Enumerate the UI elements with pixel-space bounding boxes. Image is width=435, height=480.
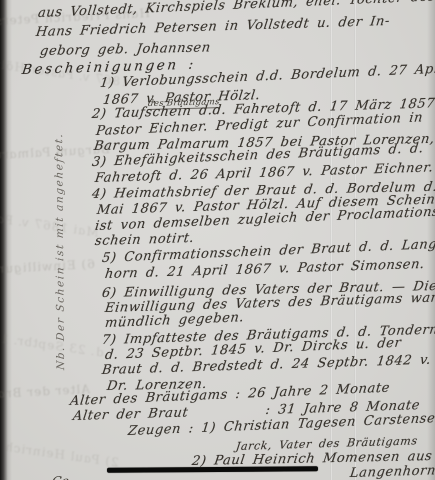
bleedthrough-text: 6) Einwilligung des Vaters der Braut. — …: [0, 257, 96, 287]
manuscript-page: Hans Friedrich Petersen in Vollstedt u. …: [0, 0, 435, 480]
margin-note: Nb. Der Schein ist mit angeheftet.: [53, 105, 67, 370]
handwritten-line: schein notirt.: [94, 231, 195, 249]
witness-two-continued: Langenhorn.: [349, 463, 435, 480]
bleedthrough-text: Mai 1867 v. Pastor Hölzl. Auf diesem Sch…: [0, 184, 100, 239]
redaction-bar: [107, 466, 318, 472]
clipped-bottom-line: Ge: [51, 474, 70, 480]
bleedthrough-text: d. 23 Septbr. 1845 v. Dr. Dircks u. der: [0, 304, 105, 359]
